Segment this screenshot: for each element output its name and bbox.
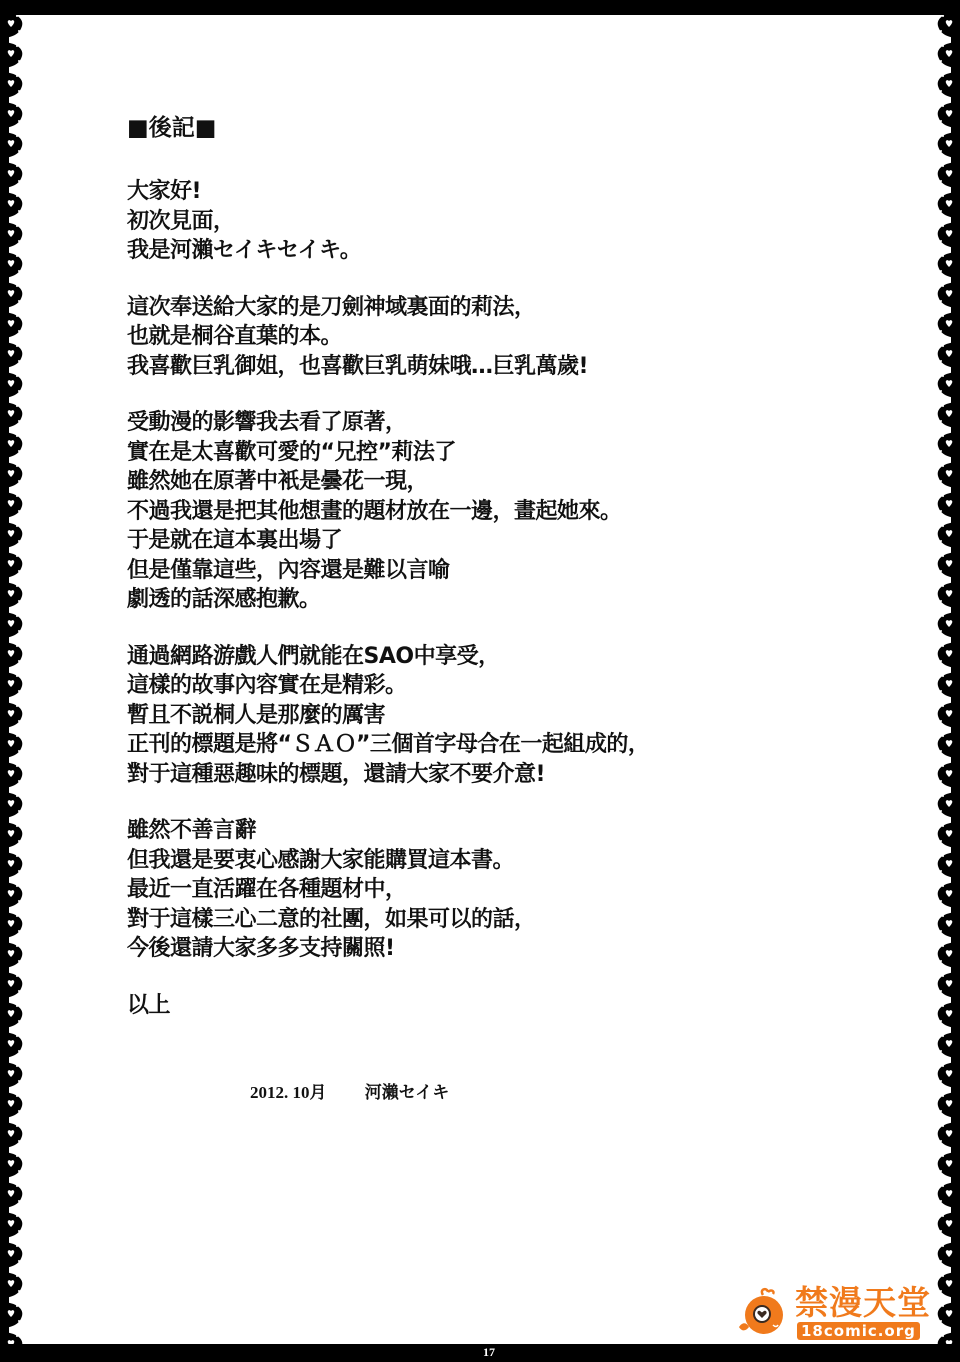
text-line: 對于這樣三心二意的社團，如果可以的話， bbox=[127, 905, 827, 935]
text-line: 通過網路游戲人們就能在SAO中享受， bbox=[127, 642, 827, 672]
site-watermark: 禁漫天堂 18comic.org bbox=[737, 1283, 922, 1345]
text-line: 我喜歡巨乳御姐，也喜歡巨乳萌妹哦…巨乳萬歲! bbox=[127, 352, 827, 382]
text-line: 對于這種惡趣味的標題，還請大家不要介意! bbox=[127, 760, 827, 790]
paragraph-motivation: 受動漫的影響我去看了原著， 實在是太喜歡可愛的“兄控”莉法了 雖然她在原著中衹是… bbox=[127, 408, 827, 615]
text-line: 雖然不善言辭 bbox=[127, 816, 827, 846]
signature-date: 2012. 10月 bbox=[250, 1083, 327, 1102]
text-line: 也就是桐谷直葉的本。 bbox=[127, 322, 827, 352]
page-number: 17 bbox=[483, 1345, 495, 1360]
watermark-url: 18comic.org bbox=[797, 1322, 920, 1340]
text-line: 以上 bbox=[127, 991, 827, 1021]
paragraph-closing: 以上 bbox=[127, 991, 827, 1021]
top-border-band bbox=[0, 0, 960, 15]
text-line: 但是僅靠這些，內容還是難以言喻 bbox=[127, 556, 827, 586]
lace-border-right bbox=[934, 10, 960, 1350]
text-line: 這次奉送給大家的是刀劍神域裏面的莉法， bbox=[127, 293, 827, 323]
paragraph-thanks: 雖然不善言辭 但我還是要衷心感謝大家能購買這本書。 最近一直活躍在各種題材中， … bbox=[127, 816, 827, 964]
watermark-title: 禁漫天堂 bbox=[795, 1283, 931, 1323]
text-line: 我是河瀨セイキセイキ。 bbox=[127, 236, 827, 266]
bottom-border-band bbox=[0, 1344, 960, 1362]
text-line: 不過我還是把其他想畫的題材放在一邊，畫起她來。 bbox=[127, 497, 827, 527]
signature-author: 河瀨セイキ bbox=[365, 1083, 450, 1102]
afterword-heading: ■後記■ bbox=[127, 112, 827, 144]
lace-border-left bbox=[0, 10, 26, 1350]
text-line: 今後還請大家多多支持關照! bbox=[127, 934, 827, 964]
text-line: 大家好! bbox=[127, 177, 827, 207]
text-line: 雖然她在原著中衹是曇花一現， bbox=[127, 467, 827, 497]
paragraph-intro: 這次奉送給大家的是刀劍神域裏面的莉法， 也就是桐谷直葉的本。 我喜歡巨乳御姐，也… bbox=[127, 293, 827, 382]
text-line: 暫且不説桐人是那麼的厲害 bbox=[127, 701, 827, 731]
text-line: 于是就在這本裏出場了 bbox=[127, 526, 827, 556]
text-line: 劇透的話深感抱歉。 bbox=[127, 585, 827, 615]
text-line: 最近一直活躍在各種題材中， bbox=[127, 875, 827, 905]
afterword-content: ■後記■ 大家好! 初次見面， 我是河瀨セイキセイキ。 這次奉送給大家的是刀劍神… bbox=[127, 112, 827, 1020]
text-line: 實在是太喜歡可愛的“兄控”莉法了 bbox=[127, 438, 827, 468]
text-line: 這樣的故事內容實在是精彩。 bbox=[127, 671, 827, 701]
paragraph-greeting: 大家好! 初次見面， 我是河瀨セイキセイキ。 bbox=[127, 177, 827, 266]
text-line: 正刊的標題是將“ＳＡＯ”三個首字母合在一起組成的， bbox=[127, 730, 827, 760]
text-line: 但我還是要衷心感謝大家能購買這本書。 bbox=[127, 846, 827, 876]
paragraph-sao: 通過網路游戲人們就能在SAO中享受， 這樣的故事內容實在是精彩。 暫且不説桐人是… bbox=[127, 642, 827, 790]
text-line: 初次見面， bbox=[127, 207, 827, 237]
orange-mascot-heart-icon bbox=[737, 1287, 787, 1337]
signature: 2012. 10月 河瀨セイキ bbox=[250, 1078, 449, 1103]
text-line: 受動漫的影響我去看了原著， bbox=[127, 408, 827, 438]
